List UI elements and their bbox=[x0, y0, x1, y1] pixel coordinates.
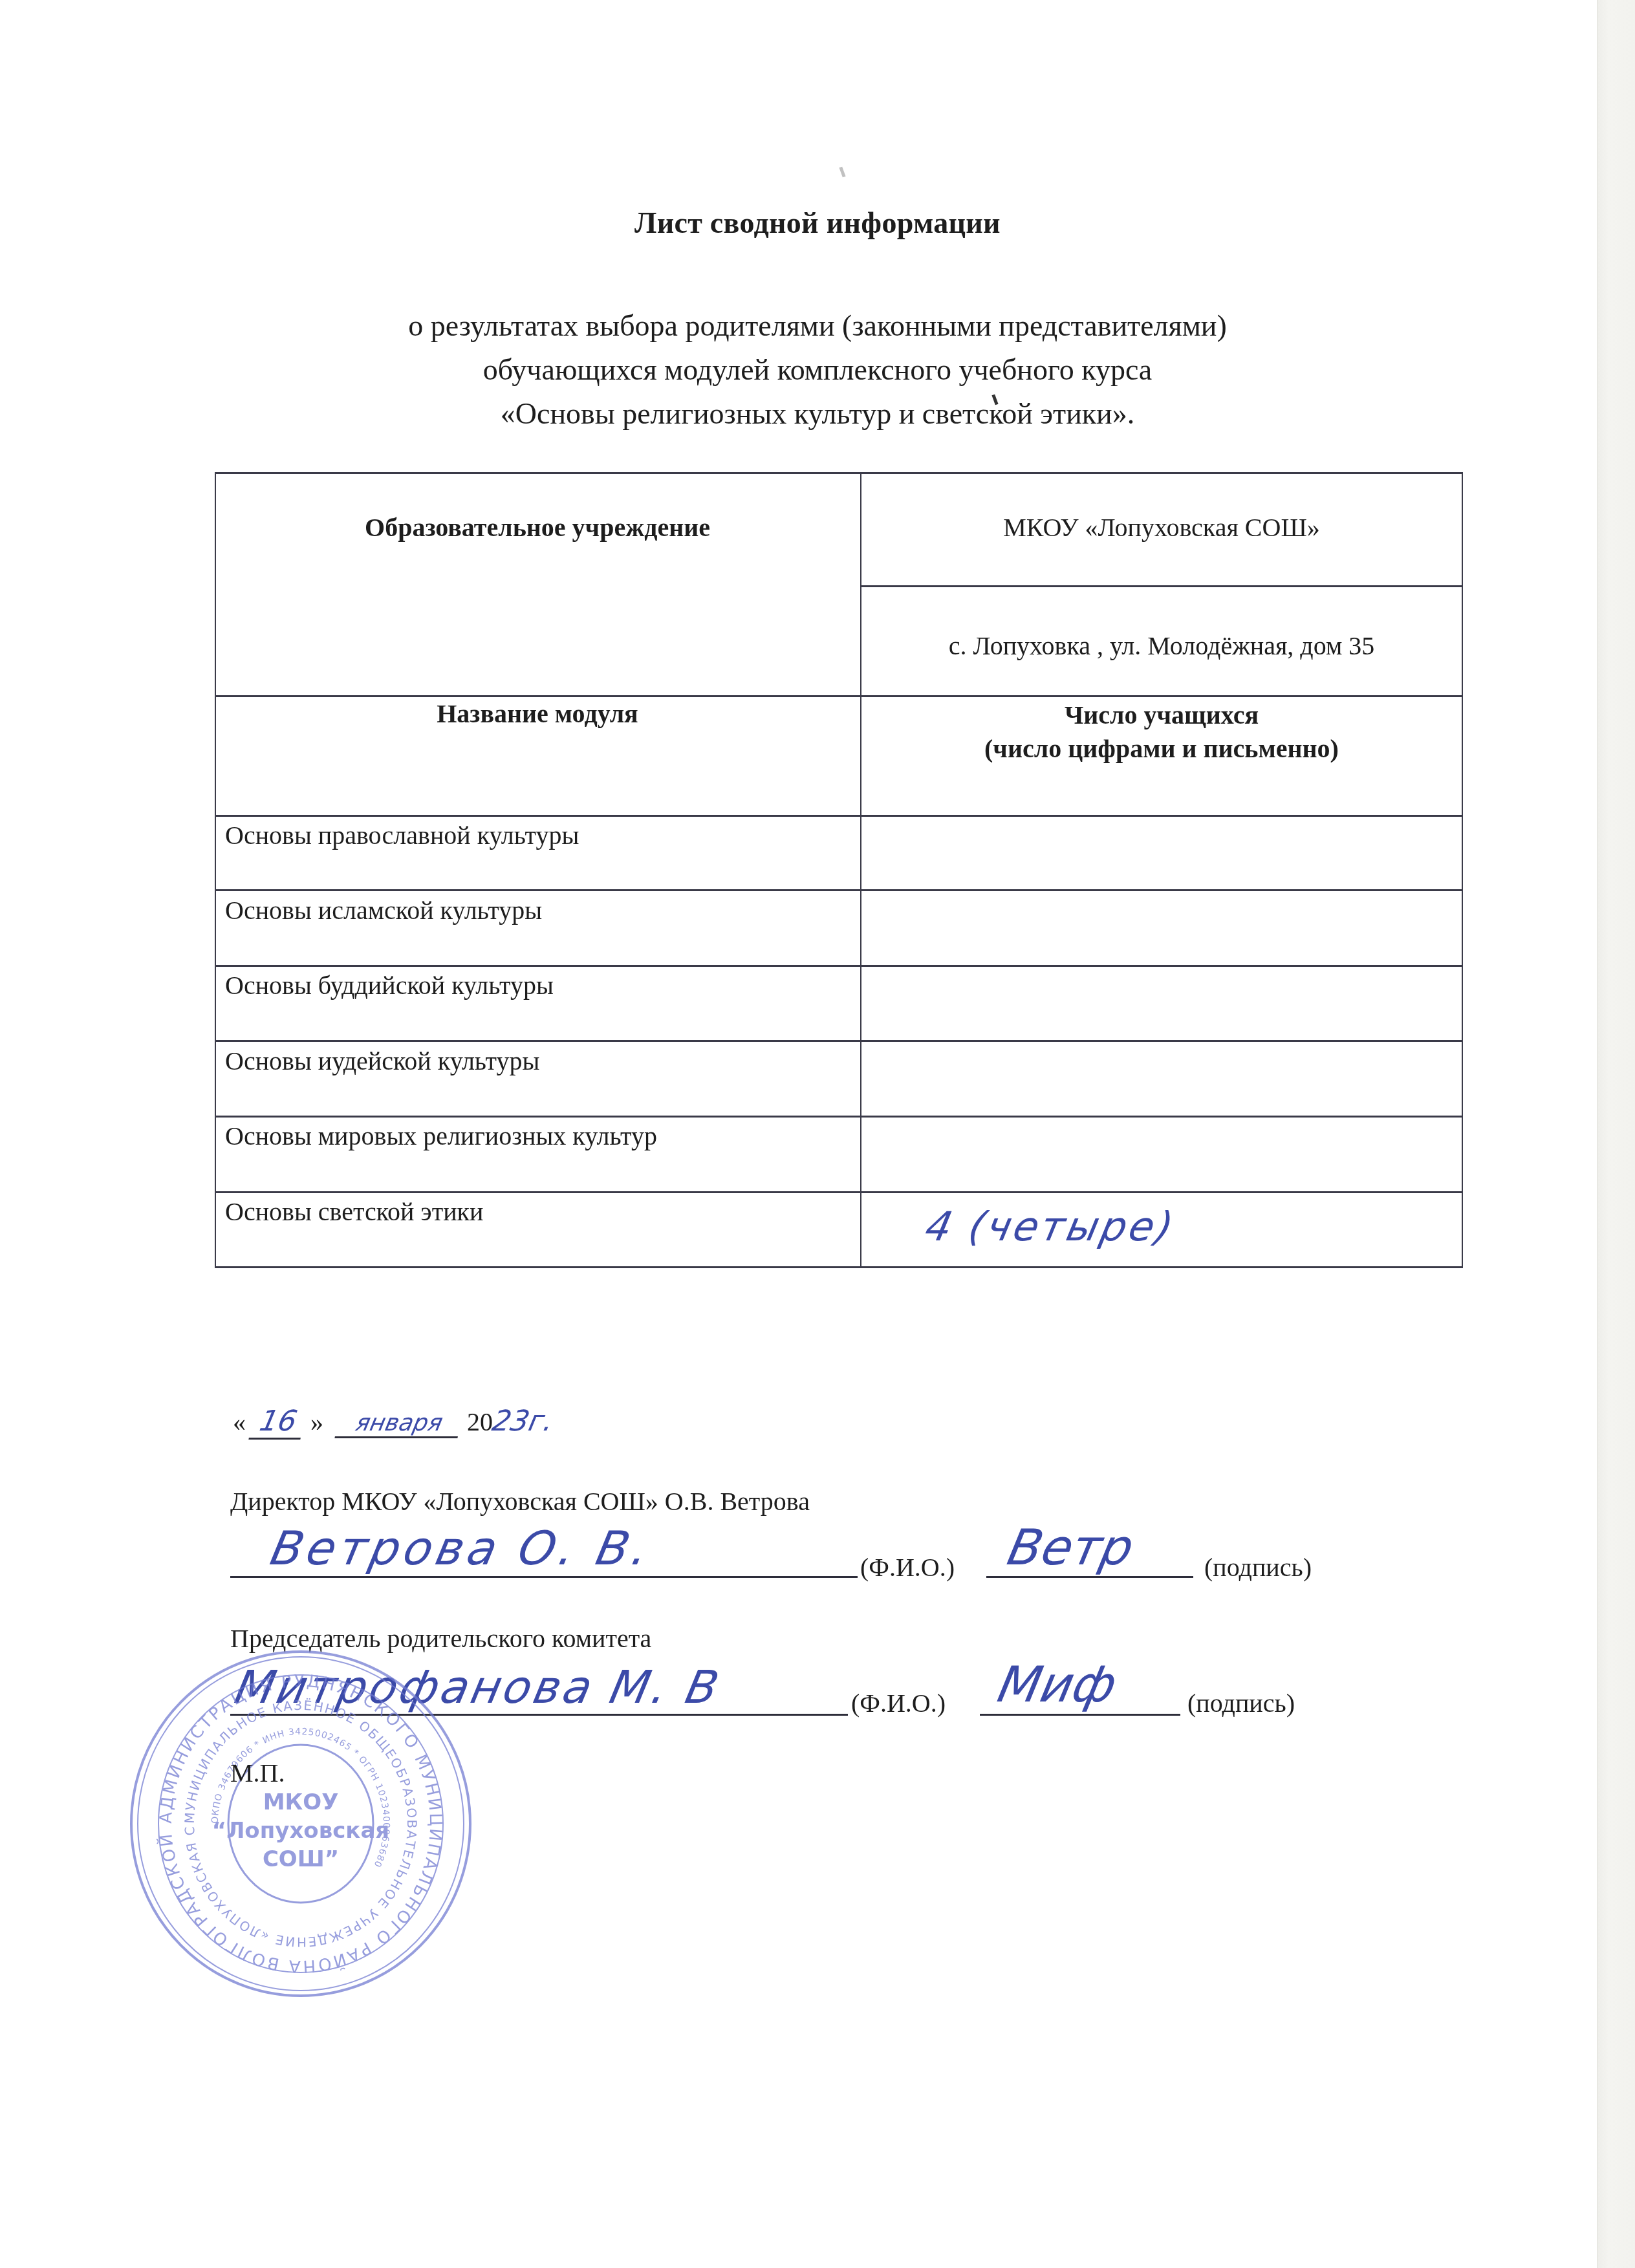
director-fio-line bbox=[230, 1576, 858, 1578]
table-row-module: Основы светской этики bbox=[225, 1196, 483, 1227]
count-header-line: Число учащихся bbox=[860, 698, 1463, 732]
table-row-module: Основы буддийской культуры bbox=[225, 970, 554, 1000]
table-row-module: Основы православной культуры bbox=[225, 820, 579, 850]
count-column-header: Число учащихся (число цифрами и письменн… bbox=[860, 698, 1463, 766]
svg-text:МКОУ: МКОУ bbox=[263, 1789, 339, 1815]
count-header-line: (число цифрами и письменно) bbox=[860, 732, 1463, 766]
scan-mark bbox=[839, 167, 845, 178]
director-fio-label: (Ф.И.О.) bbox=[860, 1552, 955, 1582]
chairman-signature: Миф bbox=[993, 1656, 1122, 1713]
date-quote: « bbox=[233, 1407, 246, 1436]
table-row-module: Основы иудейской культуры bbox=[225, 1046, 539, 1076]
module-column-header: Название модуля bbox=[215, 698, 860, 729]
table-row-count-handwritten: 4 (четыре) bbox=[921, 1203, 1180, 1250]
chairman-fio-label: (Ф.И.О.) bbox=[851, 1688, 946, 1718]
director-line: Директор МКОУ «Лопуховская СОШ» О.В. Вет… bbox=[230, 1486, 810, 1517]
director-signature-line bbox=[986, 1576, 1193, 1578]
chairman-signature-label: (подпись) bbox=[1187, 1688, 1295, 1718]
table-row-module: Основы мировых религиозных культур bbox=[225, 1121, 657, 1151]
institution-address: с. Лопуховка , ул. Молодёжная, дом 35 bbox=[860, 631, 1463, 661]
date-year-prefix: 20 bbox=[467, 1407, 493, 1436]
document-title: Лист сводной информации bbox=[0, 206, 1635, 240]
director-signature: Ветр bbox=[1003, 1518, 1139, 1576]
date-month: января bbox=[334, 1410, 463, 1438]
module-choice-table: Образовательное учреждение МКОУ «Лопухов… bbox=[215, 472, 1463, 1268]
chairman-signature-line bbox=[980, 1714, 1180, 1716]
seal-label: М.П. bbox=[230, 1758, 285, 1788]
date-quote: » bbox=[310, 1407, 323, 1436]
institution-name: МКОУ «Лопуховская СОШ» bbox=[860, 512, 1463, 543]
date-day: 16 bbox=[248, 1405, 307, 1440]
table-row-module: Основы исламской культуры bbox=[225, 895, 542, 925]
document-subtitle: о результатах выбора родителями (законны… bbox=[0, 304, 1635, 436]
school-stamp: АДМИНИСТРАЦИЯ РУДНЯНСКОГО МУНИЦИПАЛЬНОГО… bbox=[123, 1649, 479, 1998]
director-signature-label: (подпись) bbox=[1204, 1552, 1312, 1582]
institution-label: Образовательное учреждение bbox=[215, 512, 860, 543]
svg-text:СОШ”: СОШ” bbox=[263, 1846, 339, 1872]
subtitle-line: «Основы религиозных культур и светской э… bbox=[0, 392, 1635, 436]
subtitle-line: о результатах выбора родителями (законны… bbox=[0, 304, 1635, 348]
subtitle-line: обучающихся модулей комплексного учебног… bbox=[0, 348, 1635, 392]
date-line: « 16 » января 2023г. bbox=[233, 1405, 553, 1440]
svg-text:“Лопуховская: “Лопуховская bbox=[212, 1818, 389, 1844]
date-year-suffix: 23г. bbox=[490, 1405, 557, 1438]
director-fio-handwritten: Ветрова О. В. bbox=[266, 1521, 657, 1575]
